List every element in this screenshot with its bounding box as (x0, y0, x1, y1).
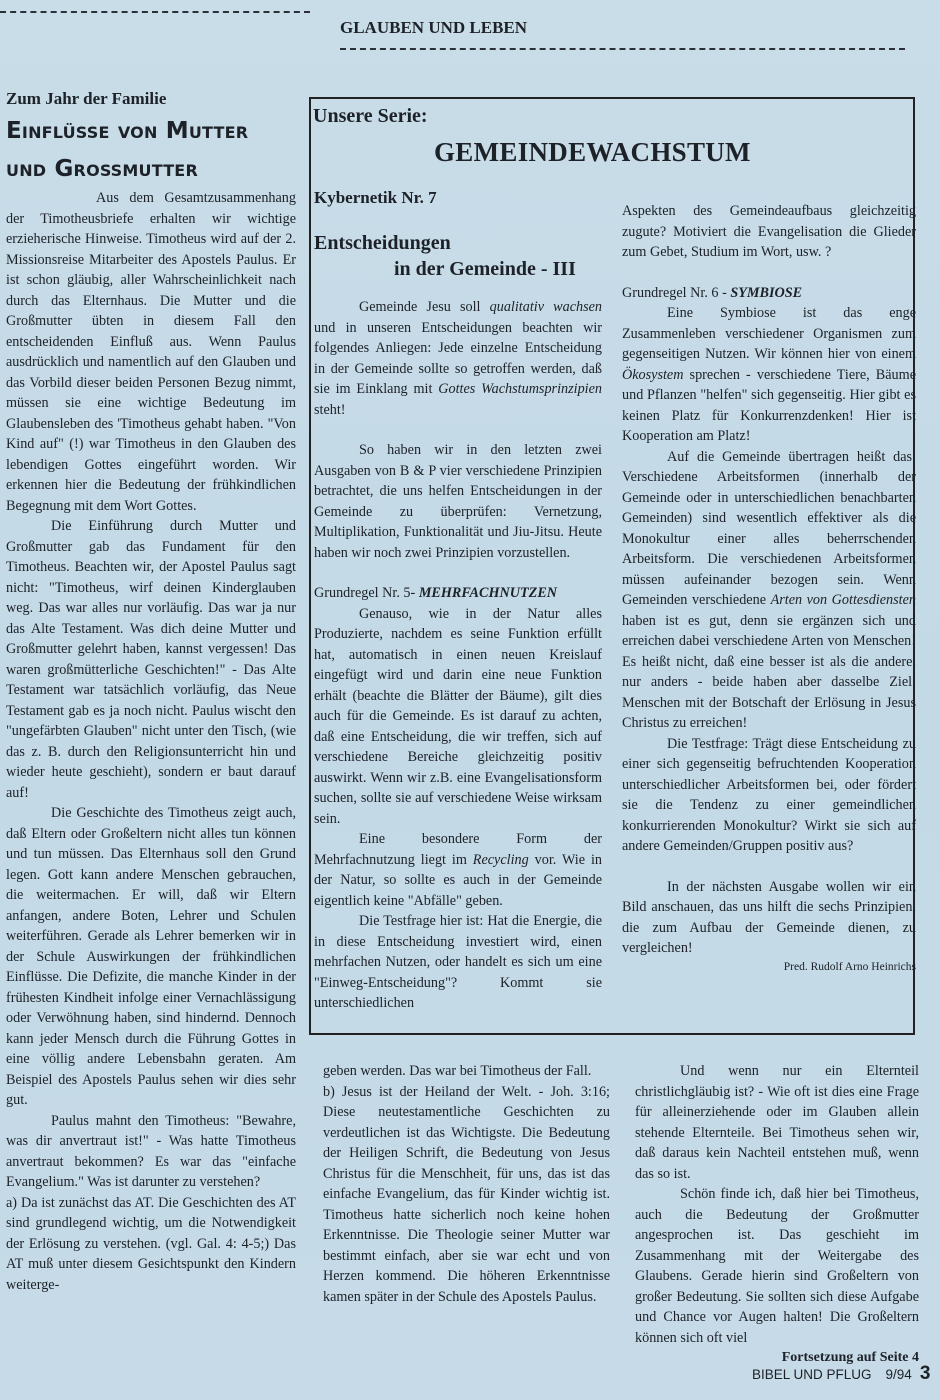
series-paragraph: Eine besondere Form der Mehrfachnutzung … (314, 829, 602, 911)
series-kicker: Unsere Serie: (313, 105, 428, 128)
publication-name: BIBEL UND PFLUG (752, 1367, 872, 1382)
article-paragraph: Die Geschichte des Timotheus zeigt auch,… (6, 803, 296, 1111)
page-number: 3 (920, 1363, 931, 1384)
header-rule-top (0, 11, 310, 13)
article-column-middle: geben werden. Das war bei Timotheus der … (323, 1061, 610, 1307)
article-kicker: Zum Jahr der Familie (6, 88, 296, 110)
article-paragraph: Schön finde ich, daß hier bei Timotheus,… (635, 1184, 919, 1348)
series-paragraph: So haben wir in den letzten zwei Ausgabe… (314, 440, 602, 563)
article-headline: Einflüsse von Mutter und Großmutter (6, 112, 296, 188)
emphasis: Ökosystem (622, 367, 683, 383)
article-paragraph: Aus dem Gesamtzusammenhang der Timotheus… (6, 188, 296, 516)
rule-label: Grundregel Nr. 5- (314, 585, 419, 601)
text-span: Eine Symbiose ist das enge Zusammenleben… (622, 305, 916, 362)
rule-5-heading: Grundregel Nr. 5- MEHRFACHNUTZEN (314, 583, 602, 604)
article-paragraph: Und wenn nur ein Elternteil christlichgl… (635, 1061, 919, 1184)
series-intro: Gemeinde Jesu soll qualitativ wachsen un… (314, 297, 602, 420)
article-paragraph: Die Einführung durch Mutter und Großmutt… (6, 516, 296, 803)
article-paragraph: geben werden. Das war bei Timotheus der … (323, 1061, 610, 1082)
series-heading-line-2: in der Gemeinde - III (314, 256, 576, 282)
page-footer: BIBEL UND PFLUG9/943 (752, 1363, 930, 1385)
series-outro: In der nächsten Ausgabe wollen wir ein B… (622, 877, 916, 959)
emphasis: Gottes Wachstumsprinzipien (438, 381, 602, 397)
series-paragraph: Aspekten des Gemeindeaufbaus gleichzeiti… (622, 201, 916, 263)
emphasis: qualitativ wachsen (490, 299, 602, 315)
article-column-right: Und wenn nur ein Elternteil christlichgl… (635, 1061, 919, 1367)
series-column-left: Gemeinde Jesu soll qualitativ wachsen un… (314, 297, 602, 1014)
author-signature: Pred. Rudolf Arno Heinrichs (622, 959, 916, 975)
emphasis: Arten von Gottesdiensten (771, 592, 916, 608)
series-heading: Entscheidungen in der Gemeinde - III (314, 230, 576, 282)
text-span: Gemeinde Jesu soll (359, 299, 490, 315)
article-column-left: Zum Jahr der Familie Einflüsse von Mutte… (6, 88, 296, 1295)
series-paragraph: Die Testfrage: Trägt diese Entscheidung … (622, 734, 916, 857)
rule-label: Grundregel Nr. 6 - (622, 285, 730, 301)
emphasis: Recycling (473, 852, 529, 868)
magazine-page: GLAUBEN UND LEBEN Zum Jahr der Familie E… (0, 0, 940, 1400)
series-title: GEMEINDEWACHSTUM (434, 137, 751, 168)
article-paragraph: Paulus mahnt den Timotheus: "Bewahre, wa… (6, 1111, 296, 1193)
issue-number: 9/94 (886, 1367, 912, 1382)
series-column-right: Aspekten des Gemeindeaufbaus gleichzeiti… (622, 201, 916, 975)
headline-line-2: und Großmutter (6, 150, 296, 188)
series-paragraph: Die Testfrage hier ist: Hat die Energie,… (314, 911, 602, 1014)
text-span: steht! (314, 402, 346, 418)
article-paragraph: a) Da ist zunächst das AT. Die Geschicht… (6, 1193, 296, 1296)
headline-line-1: Einflüsse von Mutter (6, 112, 296, 150)
series-heading-line-1: Entscheidungen (314, 230, 576, 256)
text-span: Auf die Gemeinde übertragen heißt das: V… (622, 449, 916, 609)
series-paragraph: Genauso, wie in der Natur alles Produzie… (314, 604, 602, 830)
header-rule-bottom (340, 48, 905, 50)
rule-name: SYMBIOSE (730, 285, 802, 301)
series-paragraph: Auf die Gemeinde übertragen heißt das: V… (622, 447, 916, 734)
rule-6-heading: Grundregel Nr. 6 - SYMBIOSE (622, 283, 916, 304)
article-paragraph: b) Jesus ist der Heiland der Welt. - Joh… (323, 1082, 610, 1308)
section-header: GLAUBEN UND LEBEN (340, 18, 527, 38)
rule-name: MEHRFACHNUTZEN (419, 585, 557, 601)
text-span: haben ist es gut, denn sie ergänzen sich… (622, 613, 916, 732)
series-subtitle: Kybernetik Nr. 7 (314, 188, 437, 208)
series-paragraph: Eine Symbiose ist das enge Zusammenleben… (622, 303, 916, 447)
